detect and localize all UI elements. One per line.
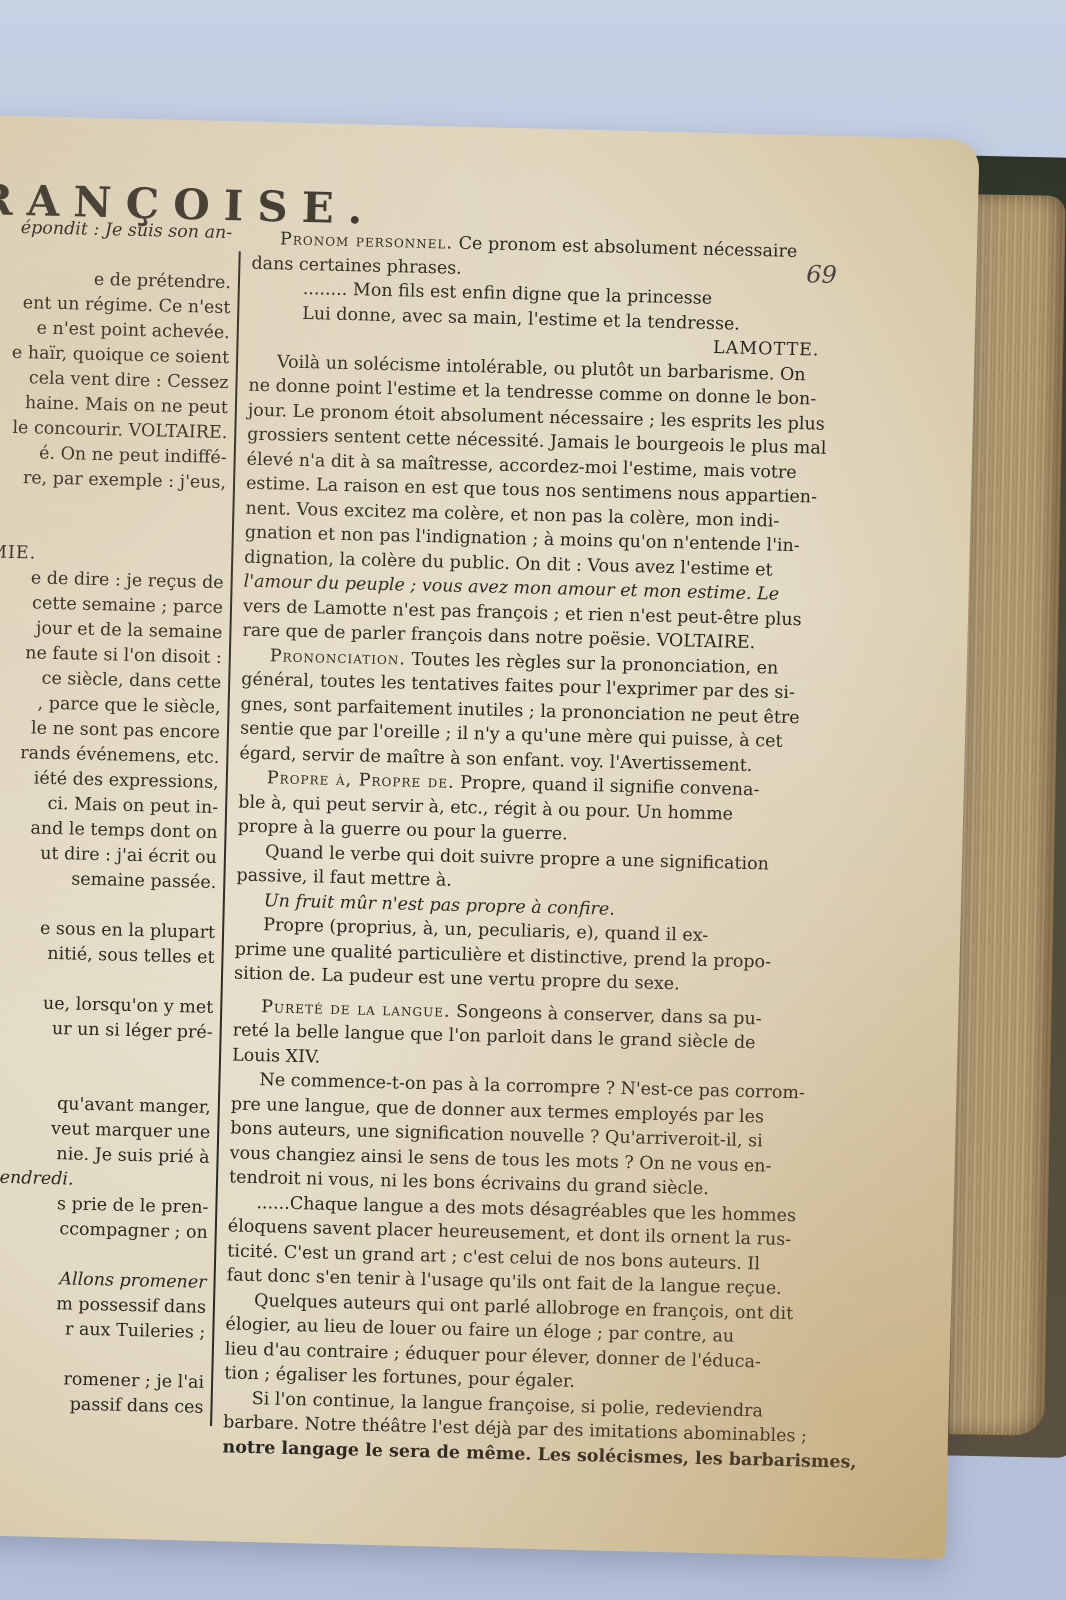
section-prononciation: Prononciation. Toutes les règles sur la …: [239, 643, 842, 780]
left-line: re, par exemple : j'eus,: [0, 465, 226, 496]
left-column: épondit : Je suis son an- e de prétendre…: [0, 215, 232, 1421]
left-line: passif dans ces: [0, 1390, 204, 1421]
section-purete-langue: Pureté de la langue. Songeons à conserve…: [222, 994, 833, 1474]
book-page: RANÇOISE. 69 épondit : Je suis son an- e…: [0, 115, 980, 1559]
section-heading: Prononciation.: [270, 646, 407, 669]
section-heading: Propre à, Propre de.: [267, 768, 455, 793]
section-heading: Pronom personnel.: [280, 229, 453, 253]
section-propre: Propre à, Propre de. Propre, quand il si…: [234, 766, 839, 1001]
right-column: Pronom personnel. Ce pronom est absolume…: [222, 227, 852, 1474]
left-line: and le temps dont on: [0, 815, 218, 846]
section-heading: Pureté de la langue.: [261, 997, 451, 1022]
left-line: le concourir. VOLTAIRE.: [0, 415, 228, 446]
left-line: ne faute si l'on disoit :: [0, 640, 222, 671]
left-line: iété des expressions,: [0, 765, 219, 796]
left-line: rands événemens, etc.: [0, 740, 220, 771]
section-pronom-personnel: Pronom personnel. Ce pronom est absolume…: [242, 227, 852, 658]
left-line: cette semaine ; parce: [0, 590, 223, 621]
